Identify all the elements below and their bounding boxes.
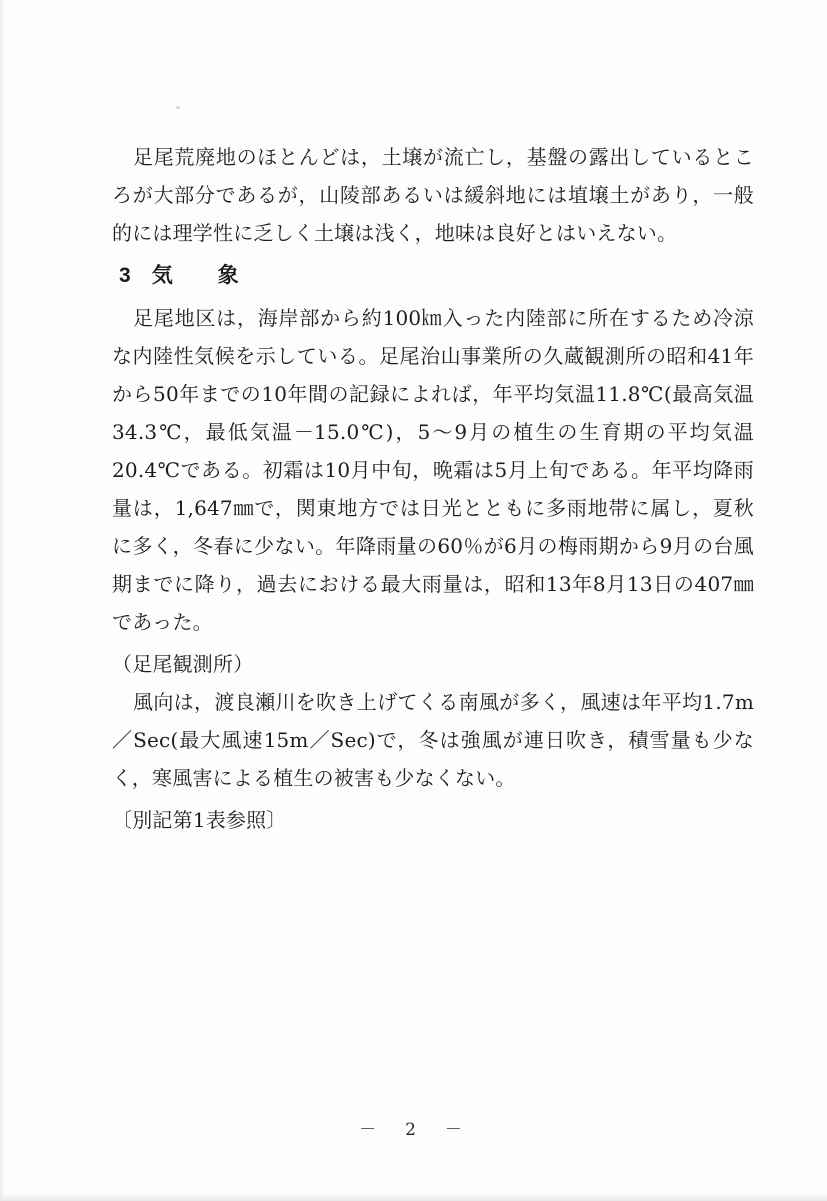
scan-edge-shadow-bottom — [0, 1193, 827, 1201]
station-note: （足尾観測所） — [112, 645, 754, 683]
scan-edge-shadow-left — [0, 0, 4, 1201]
paragraph-wind: 風向は，渡良瀬川を吹き上げてくる南風が多く，風速は年平均1.7m／Sec(最大風… — [112, 683, 754, 797]
page-number: － 2 － — [0, 1115, 827, 1140]
section-heading-weather: 3気 象 — [119, 258, 754, 294]
scan-speck-artifact — [176, 106, 180, 109]
section-title: 気 象 — [152, 264, 240, 287]
page-body: 足尾荒廃地のほとんどは，土壌が流亡し，基盤の露出しているところが大部分であるが，… — [112, 138, 754, 839]
paragraph-soil-condition: 足尾荒廃地のほとんどは，土壌が流亡し，基盤の露出しているところが大部分であるが，… — [112, 138, 754, 252]
scanned-page: 足尾荒廃地のほとんどは，土壌が流亡し，基盤の露出しているところが大部分であるが，… — [0, 0, 827, 1201]
paragraph-climate: 足尾地区は，海岸部から約100㎞入った内陸部に所在するため冷涼な内陸性気候を示し… — [112, 299, 754, 641]
section-number: 3 — [119, 258, 132, 294]
table-reference-note: 〔別記第1表参照〕 — [112, 801, 754, 839]
